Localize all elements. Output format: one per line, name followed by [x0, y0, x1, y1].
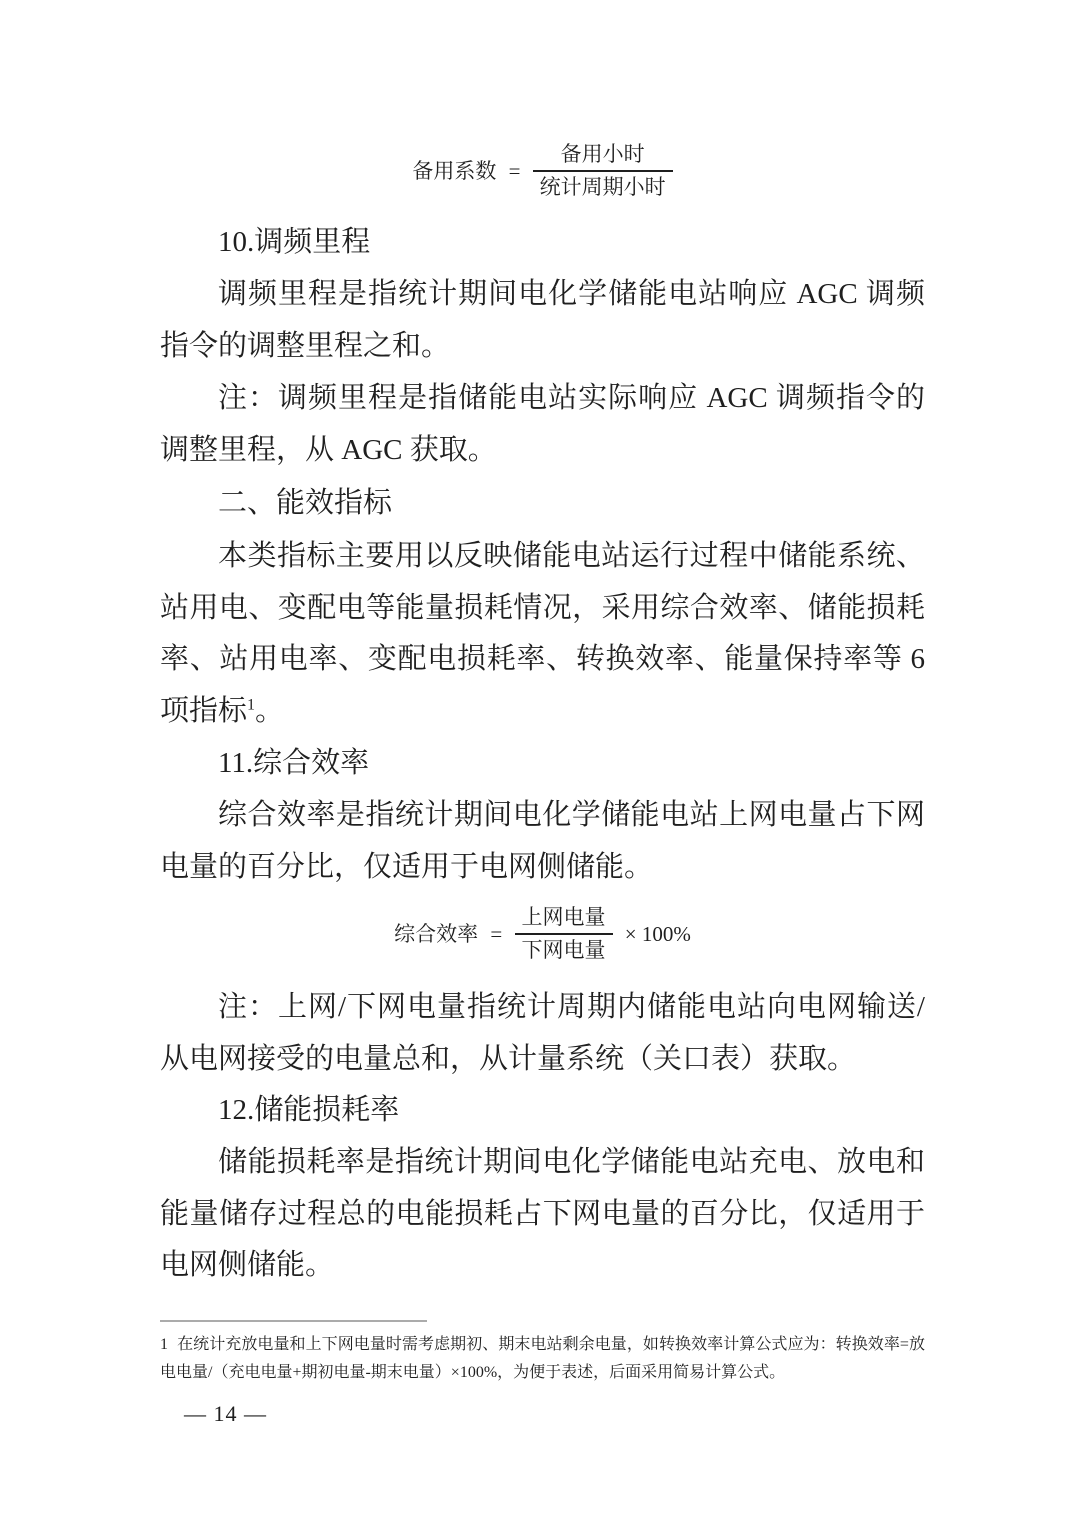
formula-denominator: 统计周期小时 — [533, 172, 673, 203]
heading-12-storage-loss-rate: 12.储能损耗率 — [160, 1085, 925, 1137]
formula-lhs: 综合效率 — [394, 920, 478, 949]
formula-overall-efficiency: 综合效率 = 上网电量 下网电量 × 100% — [160, 902, 925, 966]
paragraph-text-after-footnote-ref: 。 — [255, 695, 284, 727]
paragraph-10-definition: 调频里程是指统计期间电化学储能电站响应 AGC 调频指令的调整里程之和。 — [160, 269, 925, 372]
formula-fraction: 上网电量 下网电量 — [515, 902, 613, 966]
formula-equals-sign: = — [490, 920, 502, 949]
heading-11-overall-efficiency: 11.综合效率 — [160, 738, 925, 790]
formula-equals-sign: = — [509, 157, 521, 186]
formula-numerator: 上网电量 — [515, 902, 613, 935]
paragraph-10-note: 注：调频里程是指储能电站实际响应 AGC 调频指令的调整里程，从 AGC 获取。 — [160, 373, 925, 476]
formula-times-100-percent: × 100% — [625, 920, 691, 949]
footnote-marker: 1 — [160, 1336, 168, 1353]
paragraph-12-definition: 储能损耗率是指统计期间电化学储能电站充电、放电和能量储存过程总的电能损耗占下网电… — [160, 1137, 925, 1292]
formula-fraction: 备用小时 统计周期小时 — [533, 139, 673, 203]
footnote-text: 在统计充放电量和上下网电量时需考虑期初、期末电站剩余电量，如转换效率计算公式应为… — [160, 1336, 925, 1381]
footnote-reference-marker: 1 — [247, 696, 255, 713]
footnote-separator-line — [160, 1320, 427, 1322]
heading-section-2-energy-efficiency: 二、能效指标 — [160, 478, 925, 530]
footnote: 1在统计充放电量和上下网电量时需考虑期初、期末电站剩余电量，如转换效率计算公式应… — [160, 1331, 925, 1387]
formula-lhs: 备用系数 — [412, 157, 496, 186]
page-number: — 14 — — [184, 1400, 267, 1428]
paragraph-11-note: 注：上网/下网电量指统计周期内储能电站向电网输送/从电网接受的电量总和，从计量系… — [160, 982, 925, 1085]
heading-10-frequency-regulation-mileage: 10.调频里程 — [160, 217, 925, 269]
formula-denominator: 下网电量 — [515, 935, 613, 966]
paragraph-section-2-overview: 本类指标主要用以反映储能电站运行过程中储能系统、站用电、变配电等能量损耗情况，采… — [160, 531, 925, 737]
formula-reserve-coefficient: 备用系数 = 备用小时 统计周期小时 — [160, 139, 925, 203]
paragraph-11-definition: 综合效率是指统计期间电化学储能电站上网电量占下网电量的百分比，仅适用于电网侧储能… — [160, 790, 925, 893]
document-page: 备用系数 = 备用小时 统计周期小时 10.调频里程 调频里程是指统计期间电化学… — [0, 0, 1080, 1527]
formula-numerator: 备用小时 — [533, 139, 673, 172]
